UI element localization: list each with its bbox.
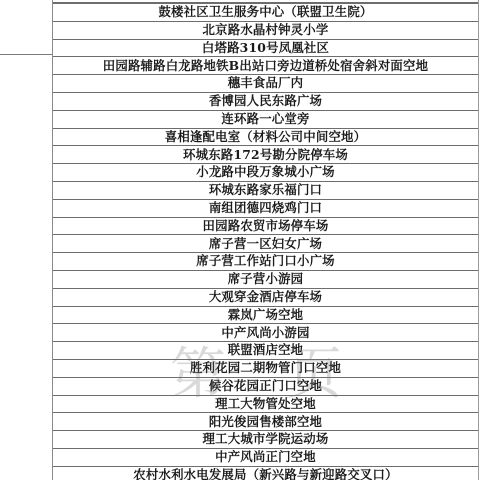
table-row: 大观穿金酒店停车场 [53,288,478,306]
table-row: 阳光俊园售楼部空地 [53,412,478,430]
table-row: 席子营工作站门口小广场 [53,252,478,270]
table-row: 理工大城市学院运动场 [53,430,478,448]
table-row: 席子营小游园 [53,270,478,288]
table-row: 鼓楼社区卫生服务中心（联盟卫生院） [53,3,478,21]
table-row: 田园路农贸市场停车场 [53,217,478,235]
table-row: 候谷花园正门口空地 [53,377,478,395]
table-row: 中产风尚正门空地 [53,448,478,466]
table-row: 环城东路家乐福门口 [53,181,478,199]
table-row: 南组团德四烧鸡门口 [53,199,478,217]
table-row: 连环路一心堂旁 [53,110,478,128]
table-row: 中产风尚小游园 [53,323,478,341]
table-row: 环城东路172号勘分院停车场 [53,145,478,163]
table-row: 小龙路中段万象城小广场 [53,163,478,181]
table-row: 白塔路310号凤凰社区 [53,39,478,57]
table-row: 农村水利水电发展局（新兴路与新迎路交叉口） [53,466,478,480]
table-row: 席子营一区妇女广场 [53,234,478,252]
table-row: 胜利花园二期物管门口空地 [53,359,478,377]
table-row: 喜相逢配电室（材料公司中间空地） [53,128,478,146]
table-row: 理工大物管处空地 [53,395,478,413]
right-border [478,0,479,480]
table-row: 联盟酒店空地 [53,341,478,359]
location-table: 鼓楼社区卫生服务中心（联盟卫生院）北京路水晶村钟灵小学白塔路310号凤凰社区田园… [53,2,478,480]
table-row: 田园路辅路白龙路地铁B出站口旁边道桥处宿舍斜对面空地 [53,56,478,74]
table-row: 霖岚广场空地 [53,306,478,324]
table-row: 穗丰食品厂内 [53,74,478,92]
table-row: 香博园人民东路广场 [53,92,478,110]
left-column-divider [0,54,52,55]
table-row: 北京路水晶村钟灵小学 [53,21,478,39]
